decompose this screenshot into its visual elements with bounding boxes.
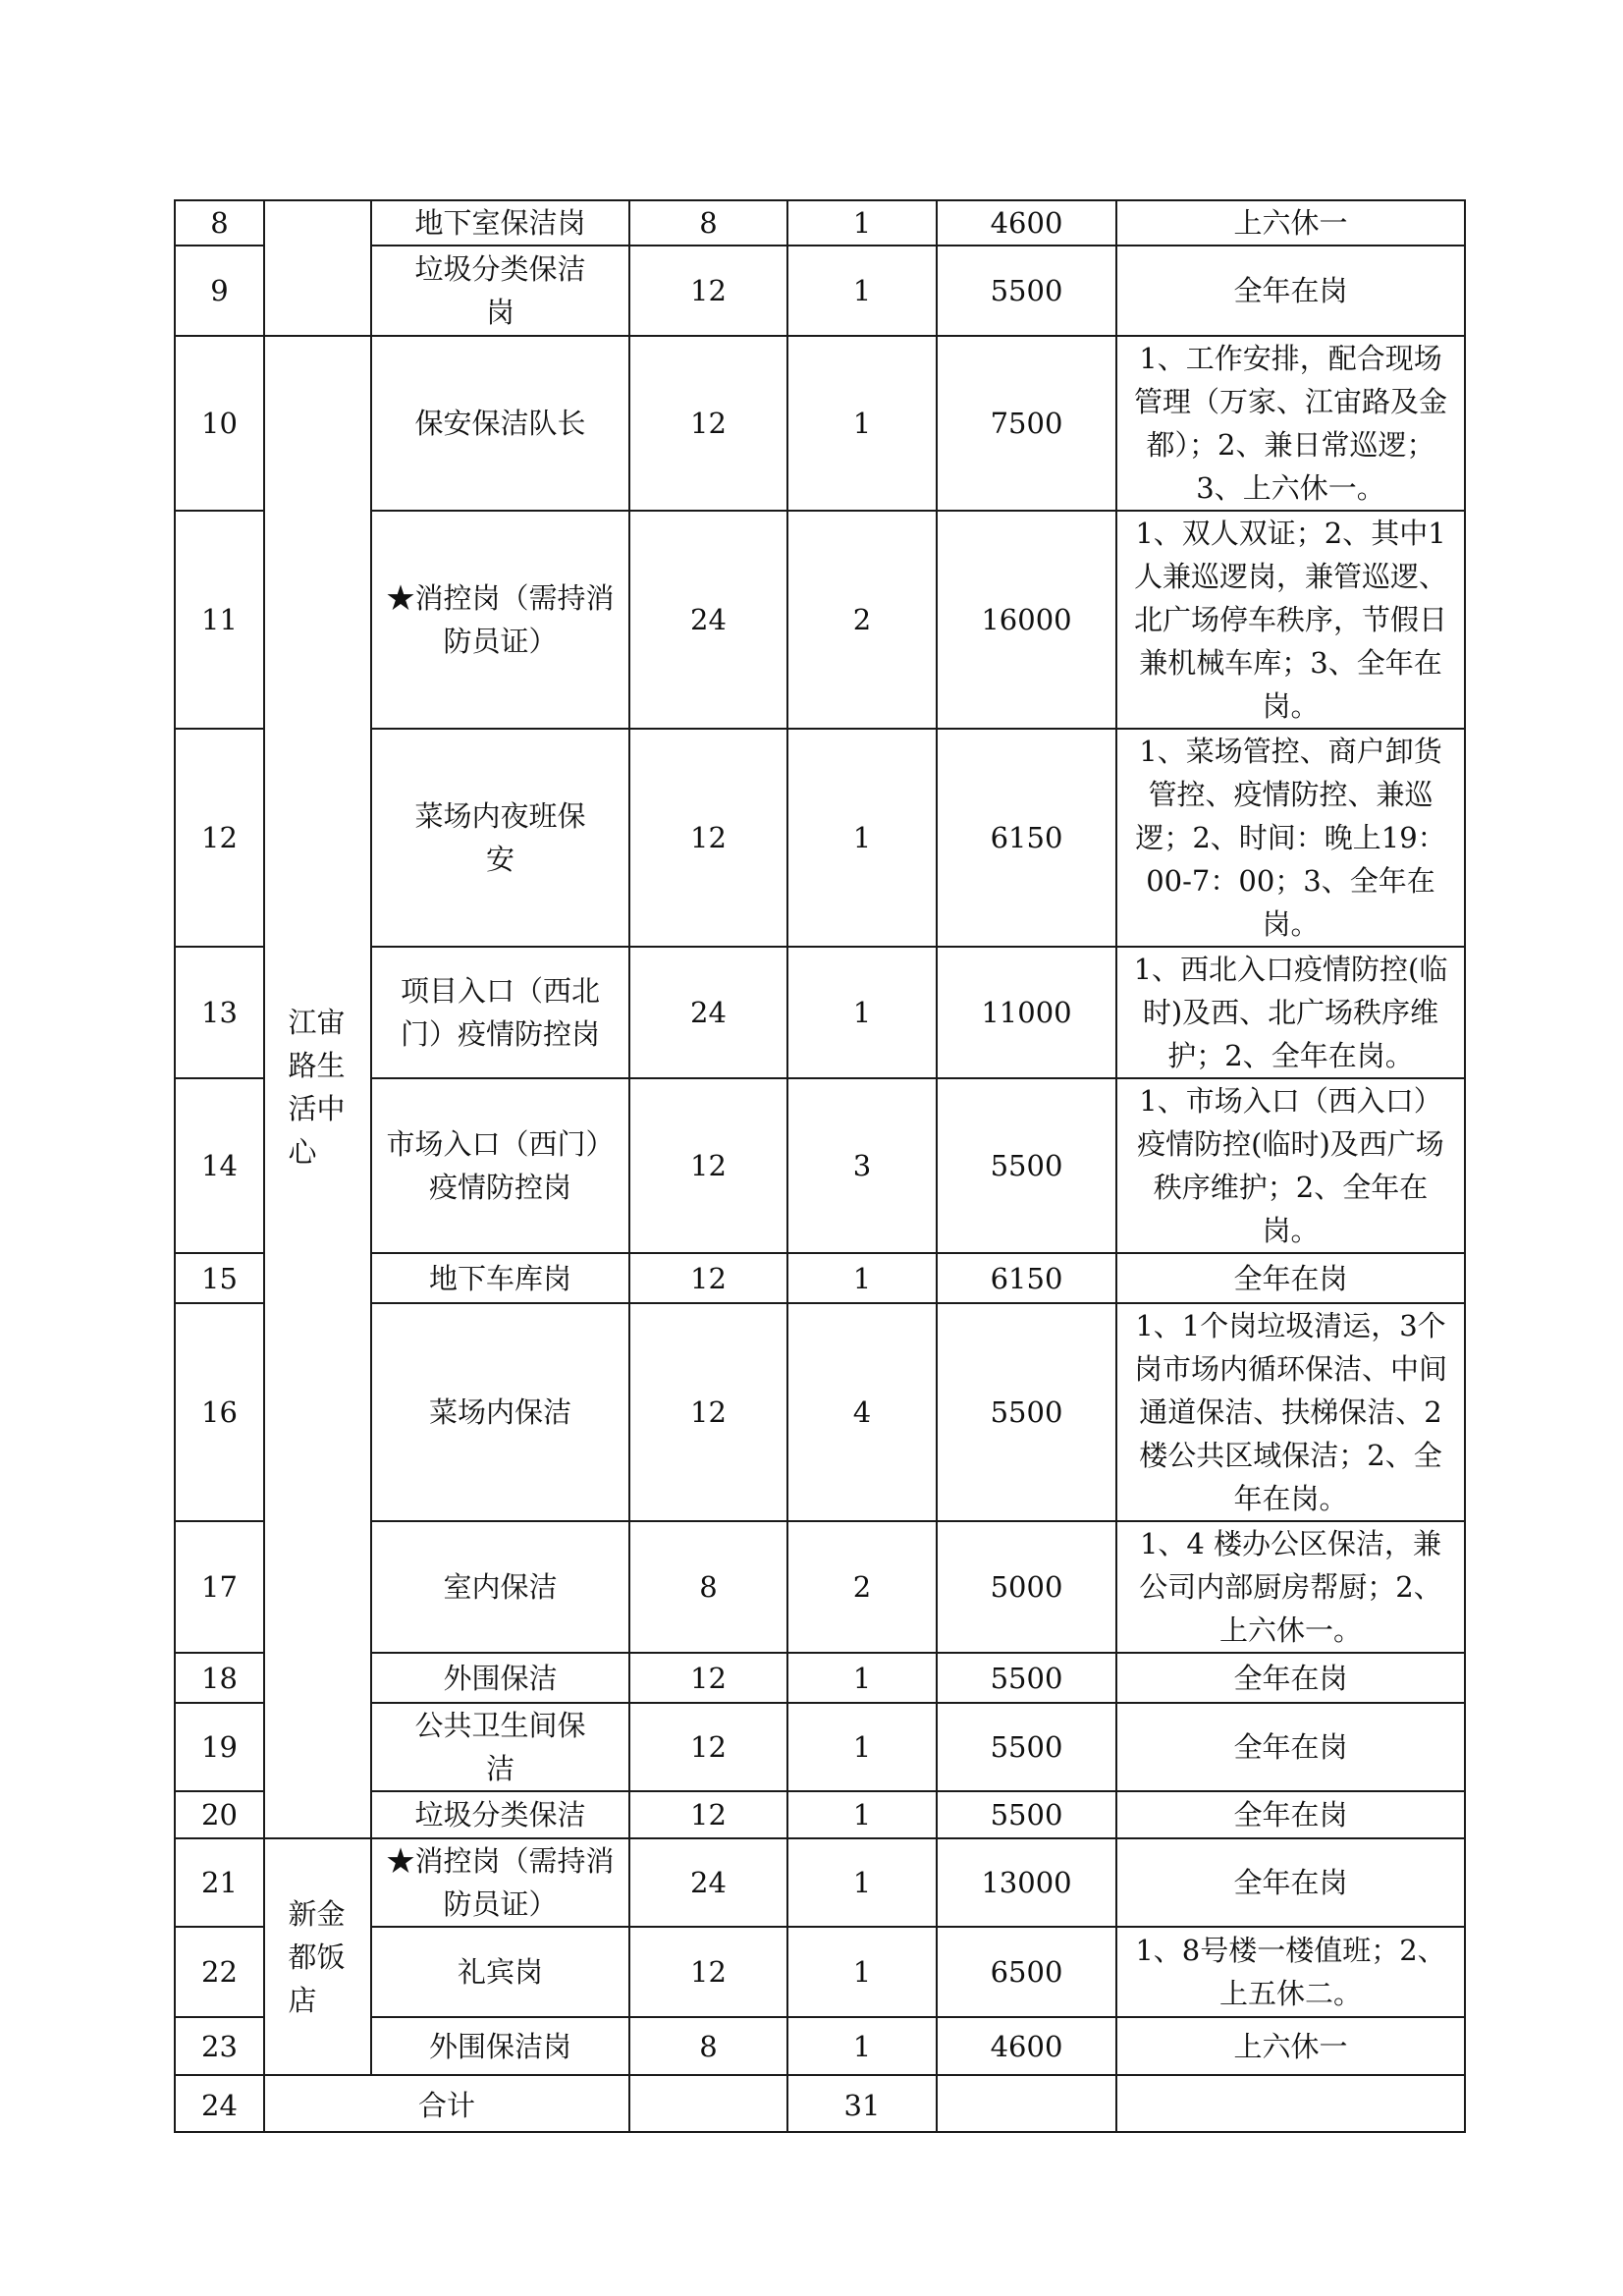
headcount: 1	[787, 336, 937, 511]
remark: 1、西北入口疫情防控(临时)及西、北广场秩序维护；2、全年在岗。	[1116, 947, 1465, 1078]
post-name: 室内保洁	[371, 1521, 629, 1653]
unit-price: 5500	[937, 246, 1116, 336]
row-number: 17	[175, 1521, 264, 1653]
post-name: 外围保洁	[371, 1653, 629, 1703]
headcount: 1	[787, 246, 937, 336]
post-name: 菜场内保洁	[371, 1303, 629, 1521]
headcount: 2	[787, 511, 937, 729]
row-number: 11	[175, 511, 264, 729]
row-number: 19	[175, 1703, 264, 1791]
work-hours: 24	[629, 1838, 787, 1927]
work-hours: 12	[629, 246, 787, 336]
work-hours: 12	[629, 1303, 787, 1521]
post-name: ★消控岗（需持消防员证）	[371, 1838, 629, 1927]
post-name: 外围保洁岗	[371, 2017, 629, 2075]
row-number: 24	[175, 2075, 264, 2132]
row-number: 8	[175, 200, 264, 246]
work-hours: 12	[629, 729, 787, 947]
total-headcount: 31	[787, 2075, 937, 2132]
unit-price: 5500	[937, 1303, 1116, 1521]
row-number: 9	[175, 246, 264, 336]
work-hours: 12	[629, 1703, 787, 1791]
remark: 全年在岗	[1116, 1653, 1465, 1703]
unit-price: 4600	[937, 2017, 1116, 2075]
post-name: 公共卫生间保洁	[371, 1703, 629, 1791]
work-hours: 12	[629, 1653, 787, 1703]
headcount: 1	[787, 200, 937, 246]
remark: 全年在岗	[1116, 1703, 1465, 1791]
row-number: 18	[175, 1653, 264, 1703]
row-number: 13	[175, 947, 264, 1078]
work-hours: 12	[629, 1791, 787, 1838]
headcount: 4	[787, 1303, 937, 1521]
staffing-table: 8 地下室保洁岗 8 1 4600 上六休一 9 垃圾分类保洁岗 12 1 55…	[174, 199, 1466, 2133]
post-name: 地下车库岗	[371, 1253, 629, 1303]
unit-price: 5500	[937, 1078, 1116, 1253]
row-number: 22	[175, 1927, 264, 2017]
post-name: 市场入口（西门）疫情防控岗	[371, 1078, 629, 1253]
remark: 1、工作安排，配合现场管理（万家、江宙路及金都）；2、兼日常巡逻；3、上六休一。	[1116, 336, 1465, 511]
headcount: 1	[787, 1927, 937, 2017]
remark: 1、双人双证；2、其中1人兼巡逻岗，兼管巡逻、北广场停车秩序，节假日兼机械车库；…	[1116, 511, 1465, 729]
work-hours: 12	[629, 1927, 787, 2017]
group-jiangzhou-road: 江宙路生活中心	[264, 336, 371, 1838]
work-hours: 8	[629, 200, 787, 246]
row-number: 10	[175, 336, 264, 511]
headcount: 1	[787, 1791, 937, 1838]
remark: 1、市场入口（西入口）疫情防控(临时)及西广场秩序维护；2、全年在岗。	[1116, 1078, 1465, 1253]
headcount: 1	[787, 1703, 937, 1791]
post-name: 垃圾分类保洁岗	[371, 246, 629, 336]
remark: 上六休一	[1116, 2017, 1465, 2075]
total-row: 24 合计 31	[175, 2075, 1465, 2132]
remark: 全年在岗	[1116, 246, 1465, 336]
headcount: 1	[787, 1653, 937, 1703]
headcount: 3	[787, 1078, 937, 1253]
post-name: 项目入口（西北门）疫情防控岗	[371, 947, 629, 1078]
group-cell-blank	[264, 200, 371, 336]
work-hours: 24	[629, 947, 787, 1078]
headcount: 2	[787, 1521, 937, 1653]
row-number: 12	[175, 729, 264, 947]
work-hours: 12	[629, 1253, 787, 1303]
total-label: 合计	[264, 2075, 629, 2132]
post-name: ★消控岗（需持消防员证）	[371, 511, 629, 729]
unit-price: 13000	[937, 1838, 1116, 1927]
headcount: 1	[787, 2017, 937, 2075]
row-number: 15	[175, 1253, 264, 1303]
row-number: 16	[175, 1303, 264, 1521]
row-number: 14	[175, 1078, 264, 1253]
unit-price: 16000	[937, 511, 1116, 729]
table-row: 10 江宙路生活中心 保安保洁队长 12 1 7500 1、工作安排，配合现场管…	[175, 336, 1465, 511]
headcount: 1	[787, 1253, 937, 1303]
remark: 全年在岗	[1116, 1791, 1465, 1838]
group-label: 江宙路生活中心	[289, 1001, 348, 1174]
row-number: 20	[175, 1791, 264, 1838]
unit-price: 6150	[937, 1253, 1116, 1303]
headcount: 1	[787, 729, 937, 947]
post-name: 礼宾岗	[371, 1927, 629, 2017]
total-hours	[629, 2075, 787, 2132]
headcount: 1	[787, 947, 937, 1078]
remark: 上六休一	[1116, 200, 1465, 246]
remark: 1、1个岗垃圾清运，3个岗市场内循环保洁、中间通道保洁、扶梯保洁、2楼公共区域保…	[1116, 1303, 1465, 1521]
total-price	[937, 2075, 1116, 2132]
remark: 全年在岗	[1116, 1253, 1465, 1303]
unit-price: 5500	[937, 1703, 1116, 1791]
remark: 1、8号楼一楼值班；2、上五休二。	[1116, 1927, 1465, 2017]
remark: 1、菜场管控、商户卸货管控、疫情防控、兼巡逻；2、时间：晚上19：00-7：00…	[1116, 729, 1465, 947]
post-name: 地下室保洁岗	[371, 200, 629, 246]
group-label: 新金都饭店	[289, 1892, 348, 2022]
unit-price: 6150	[937, 729, 1116, 947]
unit-price: 5500	[937, 1653, 1116, 1703]
unit-price: 6500	[937, 1927, 1116, 2017]
total-remark	[1116, 2075, 1465, 2132]
work-hours: 12	[629, 1078, 787, 1253]
post-name: 保安保洁队长	[371, 336, 629, 511]
post-name: 菜场内夜班保安	[371, 729, 629, 947]
unit-price: 5500	[937, 1791, 1116, 1838]
unit-price: 7500	[937, 336, 1116, 511]
headcount: 1	[787, 1838, 937, 1927]
work-hours: 8	[629, 2017, 787, 2075]
table-row: 21 新金都饭店 ★消控岗（需持消防员证） 24 1 13000 全年在岗	[175, 1838, 1465, 1927]
row-number: 21	[175, 1838, 264, 1927]
group-xinjindu-hotel: 新金都饭店	[264, 1838, 371, 2075]
unit-price: 11000	[937, 947, 1116, 1078]
work-hours: 8	[629, 1521, 787, 1653]
table-row: 8 地下室保洁岗 8 1 4600 上六休一	[175, 200, 1465, 246]
remark: 全年在岗	[1116, 1838, 1465, 1927]
post-name: 垃圾分类保洁	[371, 1791, 629, 1838]
work-hours: 12	[629, 336, 787, 511]
work-hours: 24	[629, 511, 787, 729]
unit-price: 5000	[937, 1521, 1116, 1653]
row-number: 23	[175, 2017, 264, 2075]
remark: 1、4 楼办公区保洁，兼公司内部厨房帮厨；2、上六休一。	[1116, 1521, 1465, 1653]
unit-price: 4600	[937, 200, 1116, 246]
